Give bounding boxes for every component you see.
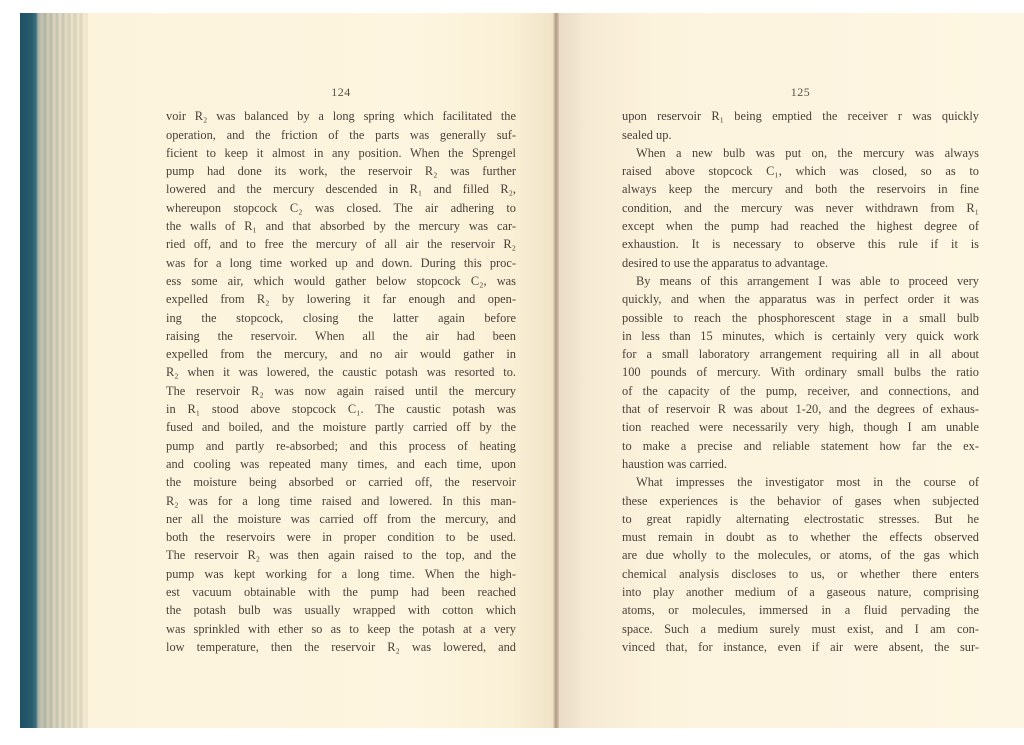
text-line: upon reservoir R₁ being emptied the rece… bbox=[622, 107, 979, 125]
text-line: haustion was carried. bbox=[622, 455, 979, 473]
text-line: to great rapidly alternating electrostat… bbox=[622, 510, 979, 528]
text-line: the potash bulb was usually wrapped with… bbox=[166, 601, 516, 619]
left-page-number: 124 bbox=[166, 83, 516, 101]
text-line: What impresses the investigator most in … bbox=[622, 473, 979, 491]
text-line: and cooling was repeated many times, and… bbox=[166, 455, 516, 473]
text-line: chemical analysis discloses to us, or wh… bbox=[622, 565, 979, 583]
text-line: tion reached were necessarily very high,… bbox=[622, 418, 979, 436]
text-line: pump and partly re-absorbed; and this pr… bbox=[166, 437, 516, 455]
right-page-text: upon reservoir R₁ being emptied the rece… bbox=[622, 107, 979, 656]
text-line: quickly, and when the apparatus was in p… bbox=[622, 290, 979, 308]
right-page: 125 upon reservoir R₁ being emptied the … bbox=[559, 13, 1024, 728]
text-line: raised above stopcock C₁, which was clos… bbox=[622, 162, 979, 180]
text-line: 100 pounds of mercury. With ordinary sma… bbox=[622, 363, 979, 381]
text-line: lowered and the mercury descended in R₁ … bbox=[166, 180, 516, 198]
left-page-content: 124 voir R₂ was balanced by a long sprin… bbox=[166, 83, 516, 656]
text-line: except when the pump had reached the hig… bbox=[622, 217, 979, 235]
text-line: ess some air, which would gather below s… bbox=[166, 272, 516, 290]
text-line: of the capacity of the pump, receiver, a… bbox=[622, 382, 979, 400]
text-line: voir R₂ was balanced by a long spring wh… bbox=[166, 107, 516, 125]
text-line: was for a long time worked up and down. … bbox=[166, 254, 516, 272]
text-line: expelled from the mercury, and no air wo… bbox=[166, 345, 516, 363]
text-line: fused and boiled, and the moisture partl… bbox=[166, 418, 516, 436]
text-line: raising the reservoir. When all the air … bbox=[166, 327, 516, 345]
text-line: ried off, and to free the mercury of all… bbox=[166, 235, 516, 253]
text-line: operation, and the friction of the parts… bbox=[166, 126, 516, 144]
text-line: ficient to keep it almost in any positio… bbox=[166, 144, 516, 162]
text-line: By means of this arrangement I was able … bbox=[622, 272, 979, 290]
text-line: The reservoir R₂ was now again raised un… bbox=[166, 382, 516, 400]
text-line: that of reservoir R was about 1-20, and … bbox=[622, 400, 979, 418]
text-line: space. Such a medium surely must exist, … bbox=[622, 620, 979, 638]
text-line: ing the stopcock, closing the latter aga… bbox=[166, 309, 516, 327]
text-line: whereupon stopcock C₂ was closed. The ai… bbox=[166, 199, 516, 217]
text-line: pump had done its work, the reservoir R₂… bbox=[166, 162, 516, 180]
text-line: always keep the mercury and both the res… bbox=[622, 180, 979, 198]
text-line: When a new bulb was put on, the mercury … bbox=[622, 144, 979, 162]
text-line: are due wholly to the molecules, or atom… bbox=[622, 546, 979, 564]
text-line: desired to use the apparatus to advantag… bbox=[622, 254, 979, 272]
left-page: 124 voir R₂ was balanced by a long sprin… bbox=[88, 13, 558, 728]
text-line: atoms, or molecules, immersed in a fluid… bbox=[622, 601, 979, 619]
text-line: into play another medium of a gaseous na… bbox=[622, 583, 979, 601]
left-page-text: voir R₂ was balanced by a long spring wh… bbox=[166, 107, 516, 656]
text-line: ner all the moisture was carried off fro… bbox=[166, 510, 516, 528]
text-line: to make a precise and reliable statement… bbox=[622, 437, 979, 455]
text-line: est vacuum obtainable with the pump had … bbox=[166, 583, 516, 601]
text-line: both the reservoirs were in proper condi… bbox=[166, 528, 516, 546]
text-line: was sprinkled with ether so as to keep t… bbox=[166, 620, 516, 638]
text-line: for a small laboratory arrangement requi… bbox=[622, 345, 979, 363]
text-line: pump was kept working for a long time. W… bbox=[166, 565, 516, 583]
text-line: sealed up. bbox=[622, 126, 979, 144]
text-line: in less than 15 minutes, which is certai… bbox=[622, 327, 979, 345]
text-line: possible to reach the phosphorescent sta… bbox=[622, 309, 979, 327]
text-line: vinced that, for instance, even if air w… bbox=[622, 638, 979, 656]
text-line: the moisture being absorbed or carried o… bbox=[166, 473, 516, 491]
text-line: condition, and the mercury was never wit… bbox=[622, 199, 979, 217]
text-line: in R₁ stood above stopcock C₁. The caust… bbox=[166, 400, 516, 418]
text-line: R₂ was for a long time raised and lowere… bbox=[166, 492, 516, 510]
book-scan: 124 voir R₂ was balanced by a long sprin… bbox=[0, 0, 1024, 745]
right-page-number: 125 bbox=[622, 83, 979, 101]
text-line: must remain in doubt as to whether the e… bbox=[622, 528, 979, 546]
text-line: R₂ when it was lowered, the caustic pota… bbox=[166, 363, 516, 381]
text-line: The reservoir R₂ was then again raised t… bbox=[166, 546, 516, 564]
open-book: 124 voir R₂ was balanced by a long sprin… bbox=[20, 13, 1024, 728]
text-line: exhaustion. It is necessary to observe t… bbox=[622, 235, 979, 253]
text-line: the walls of R₁ and that absorbed by the… bbox=[166, 217, 516, 235]
text-line: these experiences is the behavior of gas… bbox=[622, 492, 979, 510]
text-line: low temperature, then the reservoir R₂ w… bbox=[166, 638, 516, 656]
page-edges bbox=[20, 13, 88, 728]
right-page-content: 125 upon reservoir R₁ being emptied the … bbox=[622, 83, 979, 656]
text-line: expelled from R₂ by lowering it far enou… bbox=[166, 290, 516, 308]
